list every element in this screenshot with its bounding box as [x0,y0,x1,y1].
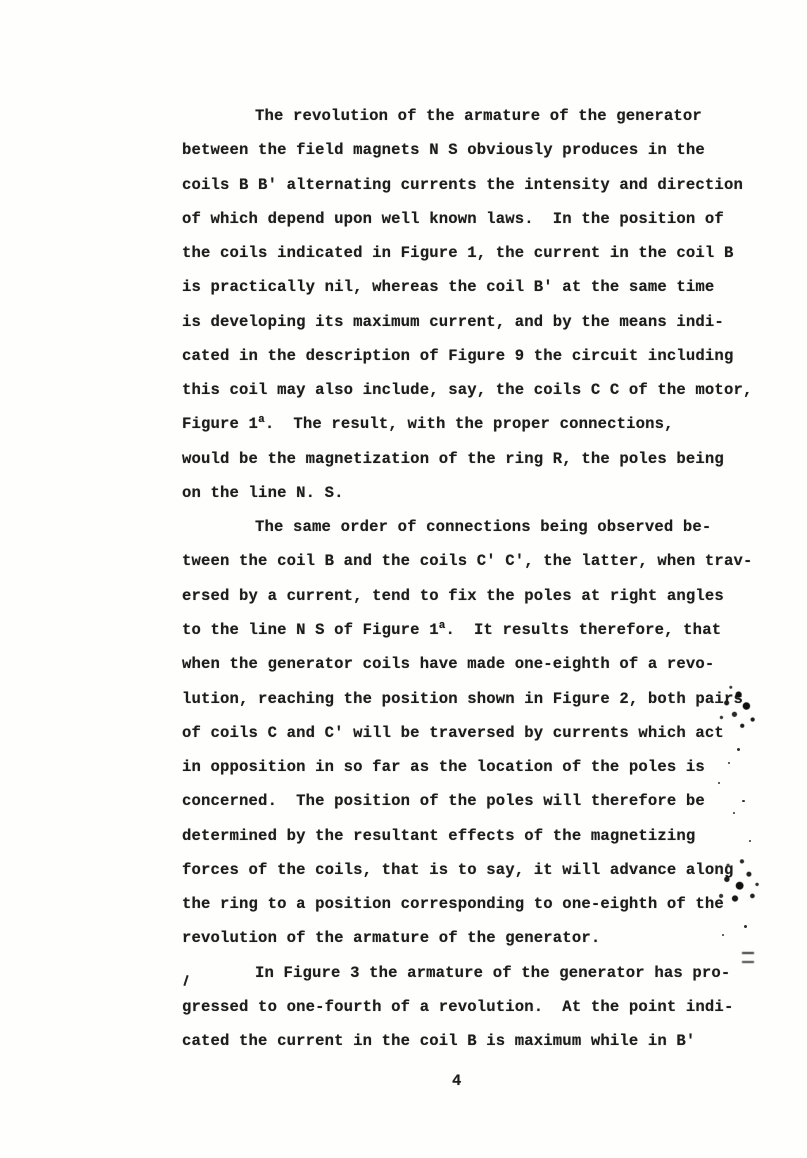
text-line: cated the current in the coil B is maxim… [182,1024,772,1058]
ink-speck [718,782,720,784]
ink-speck [749,840,751,842]
text-line: In Figure 3 the armature of the generato… [182,956,772,990]
text-line: coils B B' alternating currents the inte… [182,168,772,202]
stray-mark [742,952,754,963]
text-block: The revolution of the armature of the ge… [182,99,772,1058]
text-line: on the line N. S. [182,476,772,510]
text-line: would be the magnetization of the ring R… [182,442,772,476]
text-line: ersed by a current, tend to fix the pole… [182,579,772,613]
ink-speck [742,800,745,802]
text-line: in opposition in so far as the location … [182,750,772,784]
text-line: determined by the resultant effects of t… [182,819,772,853]
text-line: is practically nil, whereas the coil B' … [182,270,772,304]
text-line: concerned. The position of the poles wil… [182,784,772,818]
text-line: between the field magnets N S obviously … [182,133,772,167]
text-line: the coils indicated in Figure 1, the cur… [182,236,772,270]
text-line: lution, reaching the position shown in F… [182,682,772,716]
ink-speck [737,748,740,751]
text-line: revolution of the armature of the genera… [182,921,772,955]
text-line: the ring to a position corresponding to … [182,887,772,921]
ink-smudge [706,846,764,910]
ink-speck [744,925,747,928]
page-number: 4 [452,1064,461,1098]
text-line: forces of the coils, that is to say, it … [182,853,772,887]
text-line: The revolution of the armature of the ge… [182,99,772,133]
ink-speck [733,812,735,814]
document-page: The revolution of the armature of the ge… [0,0,807,1158]
text-line: of coils C and C' will be traversed by c… [182,716,772,750]
text-line: Figure 1a. The result, with the proper c… [182,407,772,441]
ink-speck [728,762,730,764]
text-line: tween the coil B and the coils C' C', th… [182,544,772,578]
text-line: is developing its maximum current, and b… [182,305,772,339]
ink-speck [722,934,724,936]
text-line: The same order of connections being obse… [182,510,772,544]
text-line: this coil may also include, say, the coi… [182,373,772,407]
text-line: to the line N S of Figure 1a. It results… [182,613,772,647]
text-line: gressed to one-fourth of a revolution. A… [182,990,772,1024]
text-line: cated in the description of Figure 9 the… [182,339,772,373]
text-line: of which depend upon well known laws. In… [182,202,772,236]
ink-smudge [710,680,762,732]
text-line: when the generator coils have made one-e… [182,647,772,681]
